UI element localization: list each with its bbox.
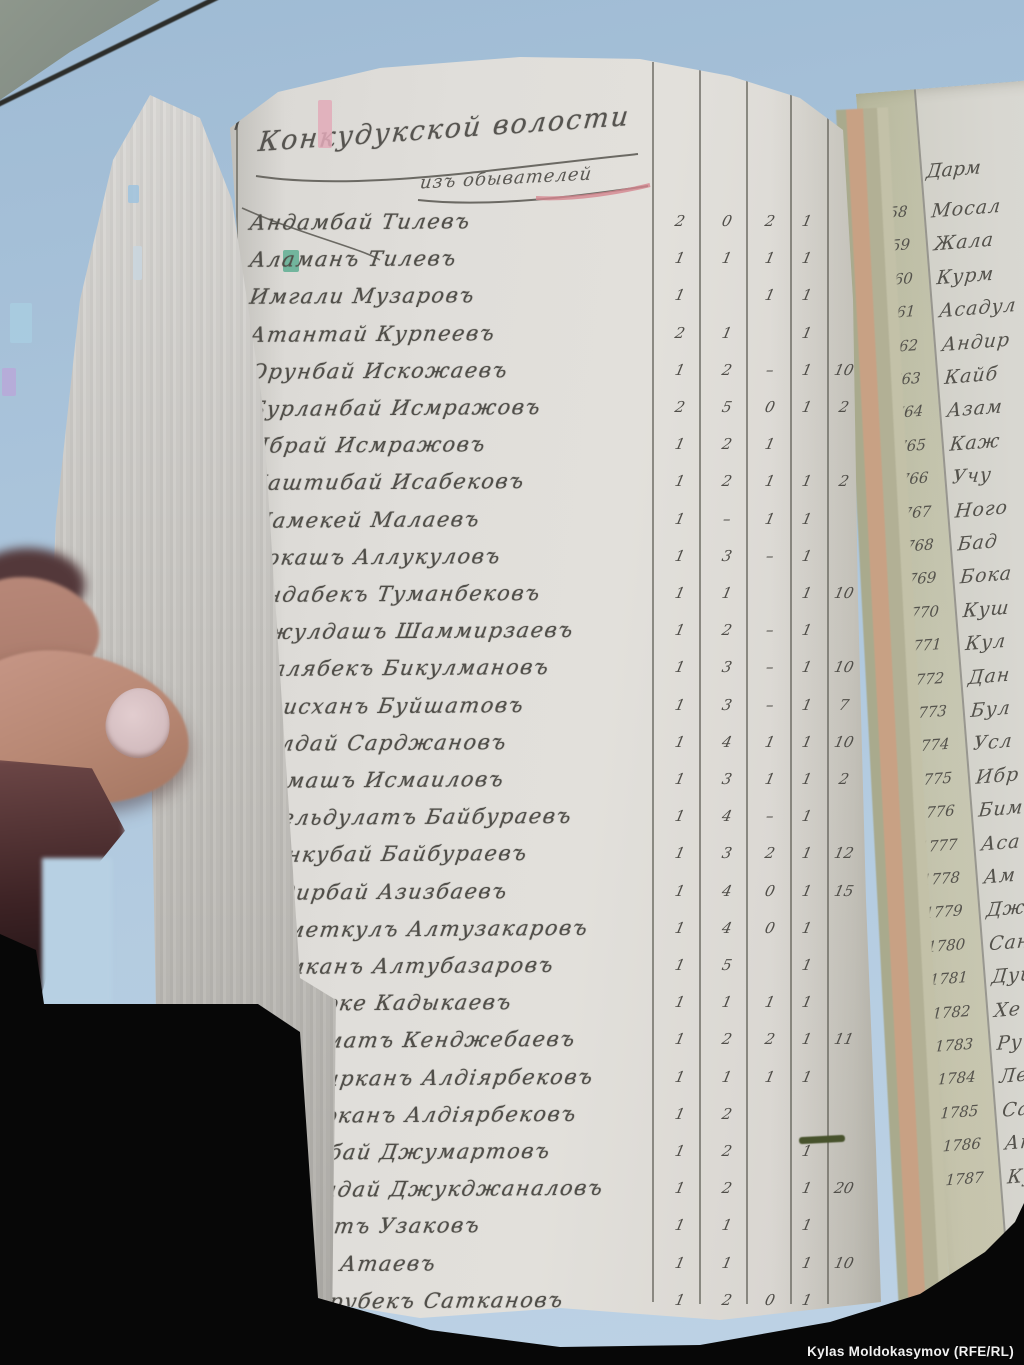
row-col3-value: 1 — [753, 472, 787, 490]
row-name: Бока — [959, 562, 1013, 588]
row-col3-value: 0 — [753, 1291, 787, 1309]
row-col2-value: 1 — [708, 993, 746, 1011]
row-col4-value: 1 — [791, 1179, 823, 1197]
row-col1-value: 1 — [660, 286, 700, 304]
row-col2-value: 1 — [708, 324, 746, 342]
row-name: Хе — [993, 997, 1022, 1021]
row-col2-value: 2 — [708, 1291, 746, 1309]
row-col4-value: 1 — [791, 621, 823, 639]
row-col2-value: 2 — [708, 621, 746, 639]
row-col4-value: 1 — [791, 361, 823, 379]
row-col2-value: 4 — [708, 882, 746, 900]
row-name: Ак — [1004, 1130, 1024, 1154]
row-col5-value: 20 — [824, 1179, 864, 1197]
row-col4-value: 1 — [791, 1254, 823, 1272]
row-name: Андир — [941, 328, 1011, 356]
blue-speck — [216, 98, 236, 120]
row-col3-value: – — [753, 658, 787, 676]
row-col1-value: 1 — [660, 1179, 700, 1197]
row-number: 1785 — [940, 1100, 993, 1122]
row-col1-value: 1 — [660, 249, 700, 267]
row-col2-value: 1 — [708, 584, 746, 602]
row-col3-value: 1 — [753, 733, 787, 751]
row-col5-value: 10 — [824, 1254, 864, 1272]
row-name: Ку — [1006, 1164, 1024, 1188]
row-col4-value: 1 — [791, 212, 823, 230]
row-name: Аса — [980, 830, 1021, 855]
row-name: Мосал — [930, 195, 1002, 223]
row-col3-value: 1 — [753, 1068, 787, 1086]
background-lavender-speck — [2, 368, 16, 396]
row-col2-value: 4 — [708, 919, 746, 937]
row-col2-value: 3 — [708, 696, 746, 714]
row-name: Аламанъ Тилевъ — [248, 246, 459, 271]
row-col1-value: 1 — [660, 584, 700, 602]
row-col1-value: 2 — [660, 212, 700, 230]
row-col2-value: 1 — [708, 1254, 746, 1272]
row-name: Сан — [988, 930, 1024, 955]
row-col4-value: 1 — [791, 696, 823, 714]
ledger-photo: Дарм 1758 Мосал 1759 Жала 1760 Курм 1761… — [0, 0, 1024, 1365]
row-col2-value: 0 — [708, 212, 746, 230]
edge-lightblue-speck — [133, 246, 142, 280]
background-gap — [42, 858, 112, 1004]
row-col1-value: 1 — [660, 510, 700, 528]
row-col4-value: 1 — [791, 510, 823, 528]
row-name: Са — [1001, 1097, 1024, 1121]
row-name: Кайб — [943, 363, 999, 389]
row-number: 1784 — [937, 1067, 990, 1089]
row-col3-value: – — [753, 361, 787, 379]
row-name: Маметкулъ Алтузакаровъ — [248, 916, 590, 942]
row-col4-value: 1 — [791, 956, 823, 974]
row-col1-value: 1 — [660, 361, 700, 379]
row-col2-value: 4 — [708, 733, 746, 751]
row-col3-value: – — [753, 696, 787, 714]
row-col1-value: 1 — [660, 547, 700, 565]
row-name: Азам — [946, 396, 1004, 423]
row-col2-value: 2 — [708, 1142, 746, 1160]
purple-speck — [193, 85, 206, 111]
row-col1-value: 2 — [660, 398, 700, 416]
row-col4-value: 1 — [791, 1291, 823, 1309]
row-col4-value: 1 — [791, 249, 823, 267]
right-page-rows: 1758 Мосал 1759 Жала 1760 Курм 1761 Асад… — [856, 67, 1024, 94]
row-name: Бокашъ Аллукуловъ — [248, 544, 503, 570]
row-name: Холдай Сарджановъ — [248, 730, 509, 756]
row-col1-value: 1 — [660, 658, 700, 676]
row-number: 1780 — [927, 934, 980, 956]
row-col3-value: 0 — [753, 882, 787, 900]
row-name: Ибрай Исмражовъ — [248, 432, 488, 458]
row-col1-value: 1 — [660, 807, 700, 825]
row-col3-value: 1 — [753, 249, 787, 267]
row-col1-value: 1 — [660, 733, 700, 751]
row-col3-value: 1 — [753, 993, 787, 1011]
row-col1-value: 1 — [660, 956, 700, 974]
row-col5-value: 10 — [824, 584, 864, 602]
row-name: Джа — [985, 896, 1024, 922]
row-col5-value: 15 — [824, 882, 864, 900]
row-name: Жала — [933, 229, 995, 256]
row-col5-value: 11 — [824, 1030, 864, 1048]
row-col1-value: 1 — [660, 993, 700, 1011]
row-col2-value: 5 — [708, 398, 746, 416]
row-col3-value: 0 — [753, 919, 787, 937]
row-col1-value: 1 — [660, 696, 700, 714]
row-col4-value: 1 — [791, 398, 823, 416]
row-col3-value: 1 — [753, 510, 787, 528]
table-corner-surface — [0, 0, 230, 130]
row-col3-value: 1 — [753, 435, 787, 453]
row-col1-value: 2 — [660, 324, 700, 342]
row-col5-value: 7 — [824, 696, 864, 714]
right-page-partial-name: Дарм — [925, 156, 982, 183]
row-name: Учу — [951, 464, 993, 489]
row-col4-value: 1 — [791, 882, 823, 900]
row-name: Имгали Музаровъ — [248, 284, 477, 310]
pink-tab — [318, 100, 332, 148]
row-col4-value: 1 — [791, 658, 823, 676]
photo-credit-watermark: Kylas Moldokasymov (RFE/RL) — [807, 1344, 1014, 1359]
row-col5-value: 10 — [824, 733, 864, 751]
row-col2-value: 2 — [708, 1105, 746, 1123]
row-col5-value: 12 — [824, 844, 864, 862]
row-name: Куш — [962, 596, 1011, 622]
row-col4-value: 1 — [791, 770, 823, 788]
row-name: Каж — [949, 429, 1002, 455]
row-name: Абельдулатъ Байбураевъ — [248, 804, 574, 830]
row-name: Джулдашъ Шаммирзаевъ — [248, 618, 576, 644]
row-name: Малябекъ Бикулмановъ — [248, 655, 551, 681]
row-name: Мамекей Малаевъ — [248, 507, 482, 533]
row-col2-value: 3 — [708, 658, 746, 676]
row-col5-value: 2 — [824, 770, 864, 788]
row-col1-value: 1 — [660, 1291, 700, 1309]
row-col3-value: 0 — [753, 398, 787, 416]
row-name: Бурланбай Исмражовъ — [248, 395, 543, 421]
row-col4-value: 1 — [791, 286, 823, 304]
row-col2-value: 2 — [708, 472, 746, 490]
row-col1-value: 1 — [660, 472, 700, 490]
row-col1-value: 1 — [660, 1254, 700, 1272]
row-col2-value: 1 — [708, 1068, 746, 1086]
row-name: Дуй — [991, 963, 1024, 989]
row-col1-value: 1 — [660, 1142, 700, 1160]
row-name: Дан — [967, 663, 1011, 689]
row-col4-value: 1 — [791, 1068, 823, 1086]
row-name: Атантай Курпеевъ — [248, 321, 497, 347]
row-name: Андамбай Тилевъ — [248, 209, 472, 235]
row-name: Кул — [964, 630, 1007, 655]
row-col3-value: – — [753, 547, 787, 565]
row-col2-value: – — [708, 510, 746, 528]
row-name: Ру — [996, 1031, 1024, 1055]
row-col4-value: 1 — [791, 1142, 823, 1160]
row-col5-value: 10 — [824, 658, 864, 676]
row-col3-value: 2 — [753, 212, 787, 230]
row-col2-value: 2 — [708, 1030, 746, 1048]
row-col3-value: 2 — [753, 1030, 787, 1048]
row-col1-value: 1 — [660, 844, 700, 862]
row-col2-value: 5 — [708, 956, 746, 974]
row-name: Орунбай Искожаевъ — [248, 358, 510, 384]
row-name: Ам — [983, 864, 1017, 889]
row-number: 1782 — [932, 1000, 985, 1022]
row-col1-value: 1 — [660, 1216, 700, 1234]
row-col1-value: 1 — [660, 882, 700, 900]
row-col4-value: 1 — [791, 844, 823, 862]
row-col4-value: 1 — [791, 807, 823, 825]
row-number: 1786 — [942, 1133, 995, 1155]
row-col2-value: 3 — [708, 844, 746, 862]
edge-blue-speck — [128, 185, 139, 203]
row-name: Бул — [970, 697, 1012, 722]
row-col2-value: 1 — [708, 1216, 746, 1234]
row-name: Усл — [972, 730, 1014, 755]
row-col3-value: 2 — [753, 844, 787, 862]
row-col3-value: 1 — [753, 770, 787, 788]
row-col2-value: 3 — [708, 770, 746, 788]
row-col2-value: 2 — [708, 361, 746, 379]
row-col2-value: 2 — [708, 435, 746, 453]
row-name: Андабекъ Туманбековъ — [248, 581, 543, 607]
row-name: Ного — [954, 496, 1009, 522]
row-name: Курм — [936, 262, 996, 289]
row-col1-value: 1 — [660, 621, 700, 639]
row-col1-value: 1 — [660, 1105, 700, 1123]
row-col1-value: 1 — [660, 770, 700, 788]
row-name: Бад — [957, 530, 999, 555]
row-name: Орисханъ Буйшатовъ — [248, 693, 526, 719]
row-col3-value: – — [753, 621, 787, 639]
row-col4-value: 1 — [791, 472, 823, 490]
row-col4-value: 1 — [791, 584, 823, 602]
row-col4-value: 1 — [791, 919, 823, 937]
row-name: Асадул — [938, 294, 1017, 322]
row-name: Даштибай Исабековъ — [248, 469, 527, 495]
row-col3-value: – — [753, 807, 787, 825]
row-number: 1778 — [921, 867, 974, 889]
row-col2-value: 2 — [708, 1179, 746, 1197]
row-col2-value: 4 — [708, 807, 746, 825]
row-col4-value: 1 — [791, 1030, 823, 1048]
row-name: Ле — [999, 1064, 1024, 1089]
row-col3-value: 1 — [753, 286, 787, 304]
background-lightblue-speck — [10, 303, 32, 343]
ledger-row: 1747 Маметкулъ Алтузакаровъ 1 4 0 1 — [0, 917, 1024, 953]
row-col4-value: 1 — [791, 547, 823, 565]
row-col4-value: 1 — [791, 1216, 823, 1234]
row-name: Ибр — [975, 763, 1020, 789]
row-col1-value: 1 — [660, 435, 700, 453]
row-col1-value: 1 — [660, 1068, 700, 1086]
row-col4-value: 1 — [791, 324, 823, 342]
header-underline-flourish — [240, 138, 670, 218]
row-name: Бим — [978, 796, 1024, 822]
row-col1-value: 1 — [660, 919, 700, 937]
row-number: 1781 — [929, 967, 982, 989]
row-number: 1783 — [934, 1034, 987, 1056]
ledger-row: 1746 Садирбай Азизбаевъ 1 4 0 1 15 — [0, 880, 1024, 916]
row-col1-value: 1 — [660, 1030, 700, 1048]
row-number: 1787 — [945, 1167, 998, 1189]
row-col2-value: 1 — [708, 249, 746, 267]
row-col4-value: 1 — [791, 733, 823, 751]
row-number: 1779 — [924, 900, 977, 922]
ledger-row: 1748 Мамканъ Алтубазаровъ 1 5 1 — [0, 954, 1024, 990]
row-col2-value: 3 — [708, 547, 746, 565]
row-col4-value: 1 — [791, 993, 823, 1011]
